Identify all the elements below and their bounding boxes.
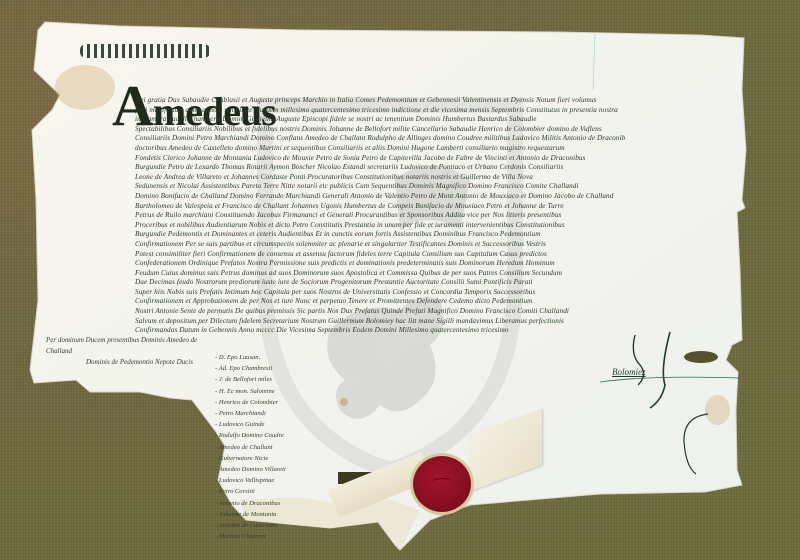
text-line: Dei gratia Dux Sabaudie Chablasii et Aug…	[135, 96, 625, 106]
text-line: Burgundie Pedemontis et Dominantes et ce…	[135, 230, 625, 240]
text-line: fieri manifestum quod anno a nativitate …	[135, 106, 625, 116]
signature-tail	[678, 412, 718, 482]
witness-item: Ad. Epo Chambresii	[215, 363, 305, 374]
text-line: Proceribus et nobilibus Audientiarum Nob…	[135, 221, 625, 231]
witness-item: Henrico de Colombier	[215, 397, 305, 408]
witness-item: Ludovico Guinde	[215, 419, 305, 430]
text-line: Domino Bonifacio de Challand Domino Ferr…	[135, 192, 625, 202]
text-line: Petrus de Ruilo marchiani Constituendo J…	[135, 211, 625, 221]
charter-body-text: Dei gratia Dux Sabaudie Chablasii et Aug…	[135, 96, 625, 336]
witness-intro-line: Per dominum Ducem presentibus Dominis Am…	[46, 335, 216, 357]
witness-item: Petro Marchiandi	[215, 408, 305, 419]
witness-item: D. Epo Lausan.	[215, 352, 305, 363]
witness-item: Rodulfo Domino Coudre	[215, 430, 305, 441]
water-stain	[55, 65, 115, 110]
text-line: Nostri Antonie Sente de permutis De quib…	[135, 307, 625, 317]
text-line: Feudum Cuius dominus suis Petrus dominus…	[135, 269, 625, 279]
witness-item: J. de Bellofort miles	[215, 374, 305, 385]
text-line: Bartholomeo de Valespeia et Francisco de…	[135, 202, 625, 212]
witness-list: D. Epo Lausan. Ad. Epo Chambresii J. de …	[215, 352, 305, 542]
witness-item: H. Ec mon. Salomine	[215, 386, 305, 397]
signature-name: Bolomiez	[612, 367, 646, 377]
text-line: Due Decimas feudo Nostrorum prediorum iu…	[135, 278, 625, 288]
text-line: Fondetis Clerico Johanne de Montania Lud…	[135, 154, 625, 164]
text-line: Confirmationem et Approbationem de per N…	[135, 297, 625, 307]
text-line: Confederationem Ordinique Prefatos Nostr…	[135, 259, 625, 269]
witness-item: Gubernatore Nicie	[215, 453, 305, 464]
text-line: in Camera ducali Chamberii Domini Guilie…	[135, 115, 625, 125]
text-line: Sedunensis et Nicolai Assistentibus Pare…	[135, 182, 625, 192]
red-wax-seal	[413, 456, 471, 512]
text-line: Potest consimiliter fieri Confirmationem…	[135, 250, 625, 260]
text-line: Salvum et depositum per Dilectum fidelem…	[135, 317, 625, 327]
witness-item: Ludovico Vallispinae	[215, 475, 305, 486]
witness-intro: Per dominum Ducem presentibus Dominis Am…	[46, 335, 216, 368]
text-line: Confirmationem Per se suis partibus et c…	[135, 240, 625, 250]
witness-item: Amedeo de Challant	[215, 442, 305, 453]
witness-item: Amedeo Domino Villareti	[215, 464, 305, 475]
witness-item: Petro Corsini	[215, 486, 305, 497]
ink-spot	[340, 398, 348, 406]
initial-flourish	[80, 44, 210, 58]
text-line: Burgundie Petro de Lexardo Thomas Rotari…	[135, 163, 625, 173]
text-line: doctoribus Amedeo de Castelleto domino M…	[135, 144, 625, 154]
witness-item: Amedeo de Castelletto	[215, 520, 305, 531]
text-line: Consiliariis Domini Petro Marchiandi Dom…	[135, 134, 625, 144]
seal-crack	[431, 478, 453, 489]
text-line: Super hiis Nobis suis Prefatis Intimum h…	[135, 288, 625, 298]
witness-item: Antonio de Draconibus	[215, 498, 305, 509]
parchment-hole	[684, 351, 718, 363]
witness-item: Martino Chatroni	[215, 531, 305, 542]
text-line: Spectabilibus Consiliariis Nobilibus et …	[135, 125, 625, 135]
witness-intro-line: Dominis de Pedemontio Nepote Ducis	[46, 357, 216, 368]
text-line: Leone de Andrea de Villareto et Johannes…	[135, 173, 625, 183]
witness-item: Johanne de Montania	[215, 509, 305, 520]
